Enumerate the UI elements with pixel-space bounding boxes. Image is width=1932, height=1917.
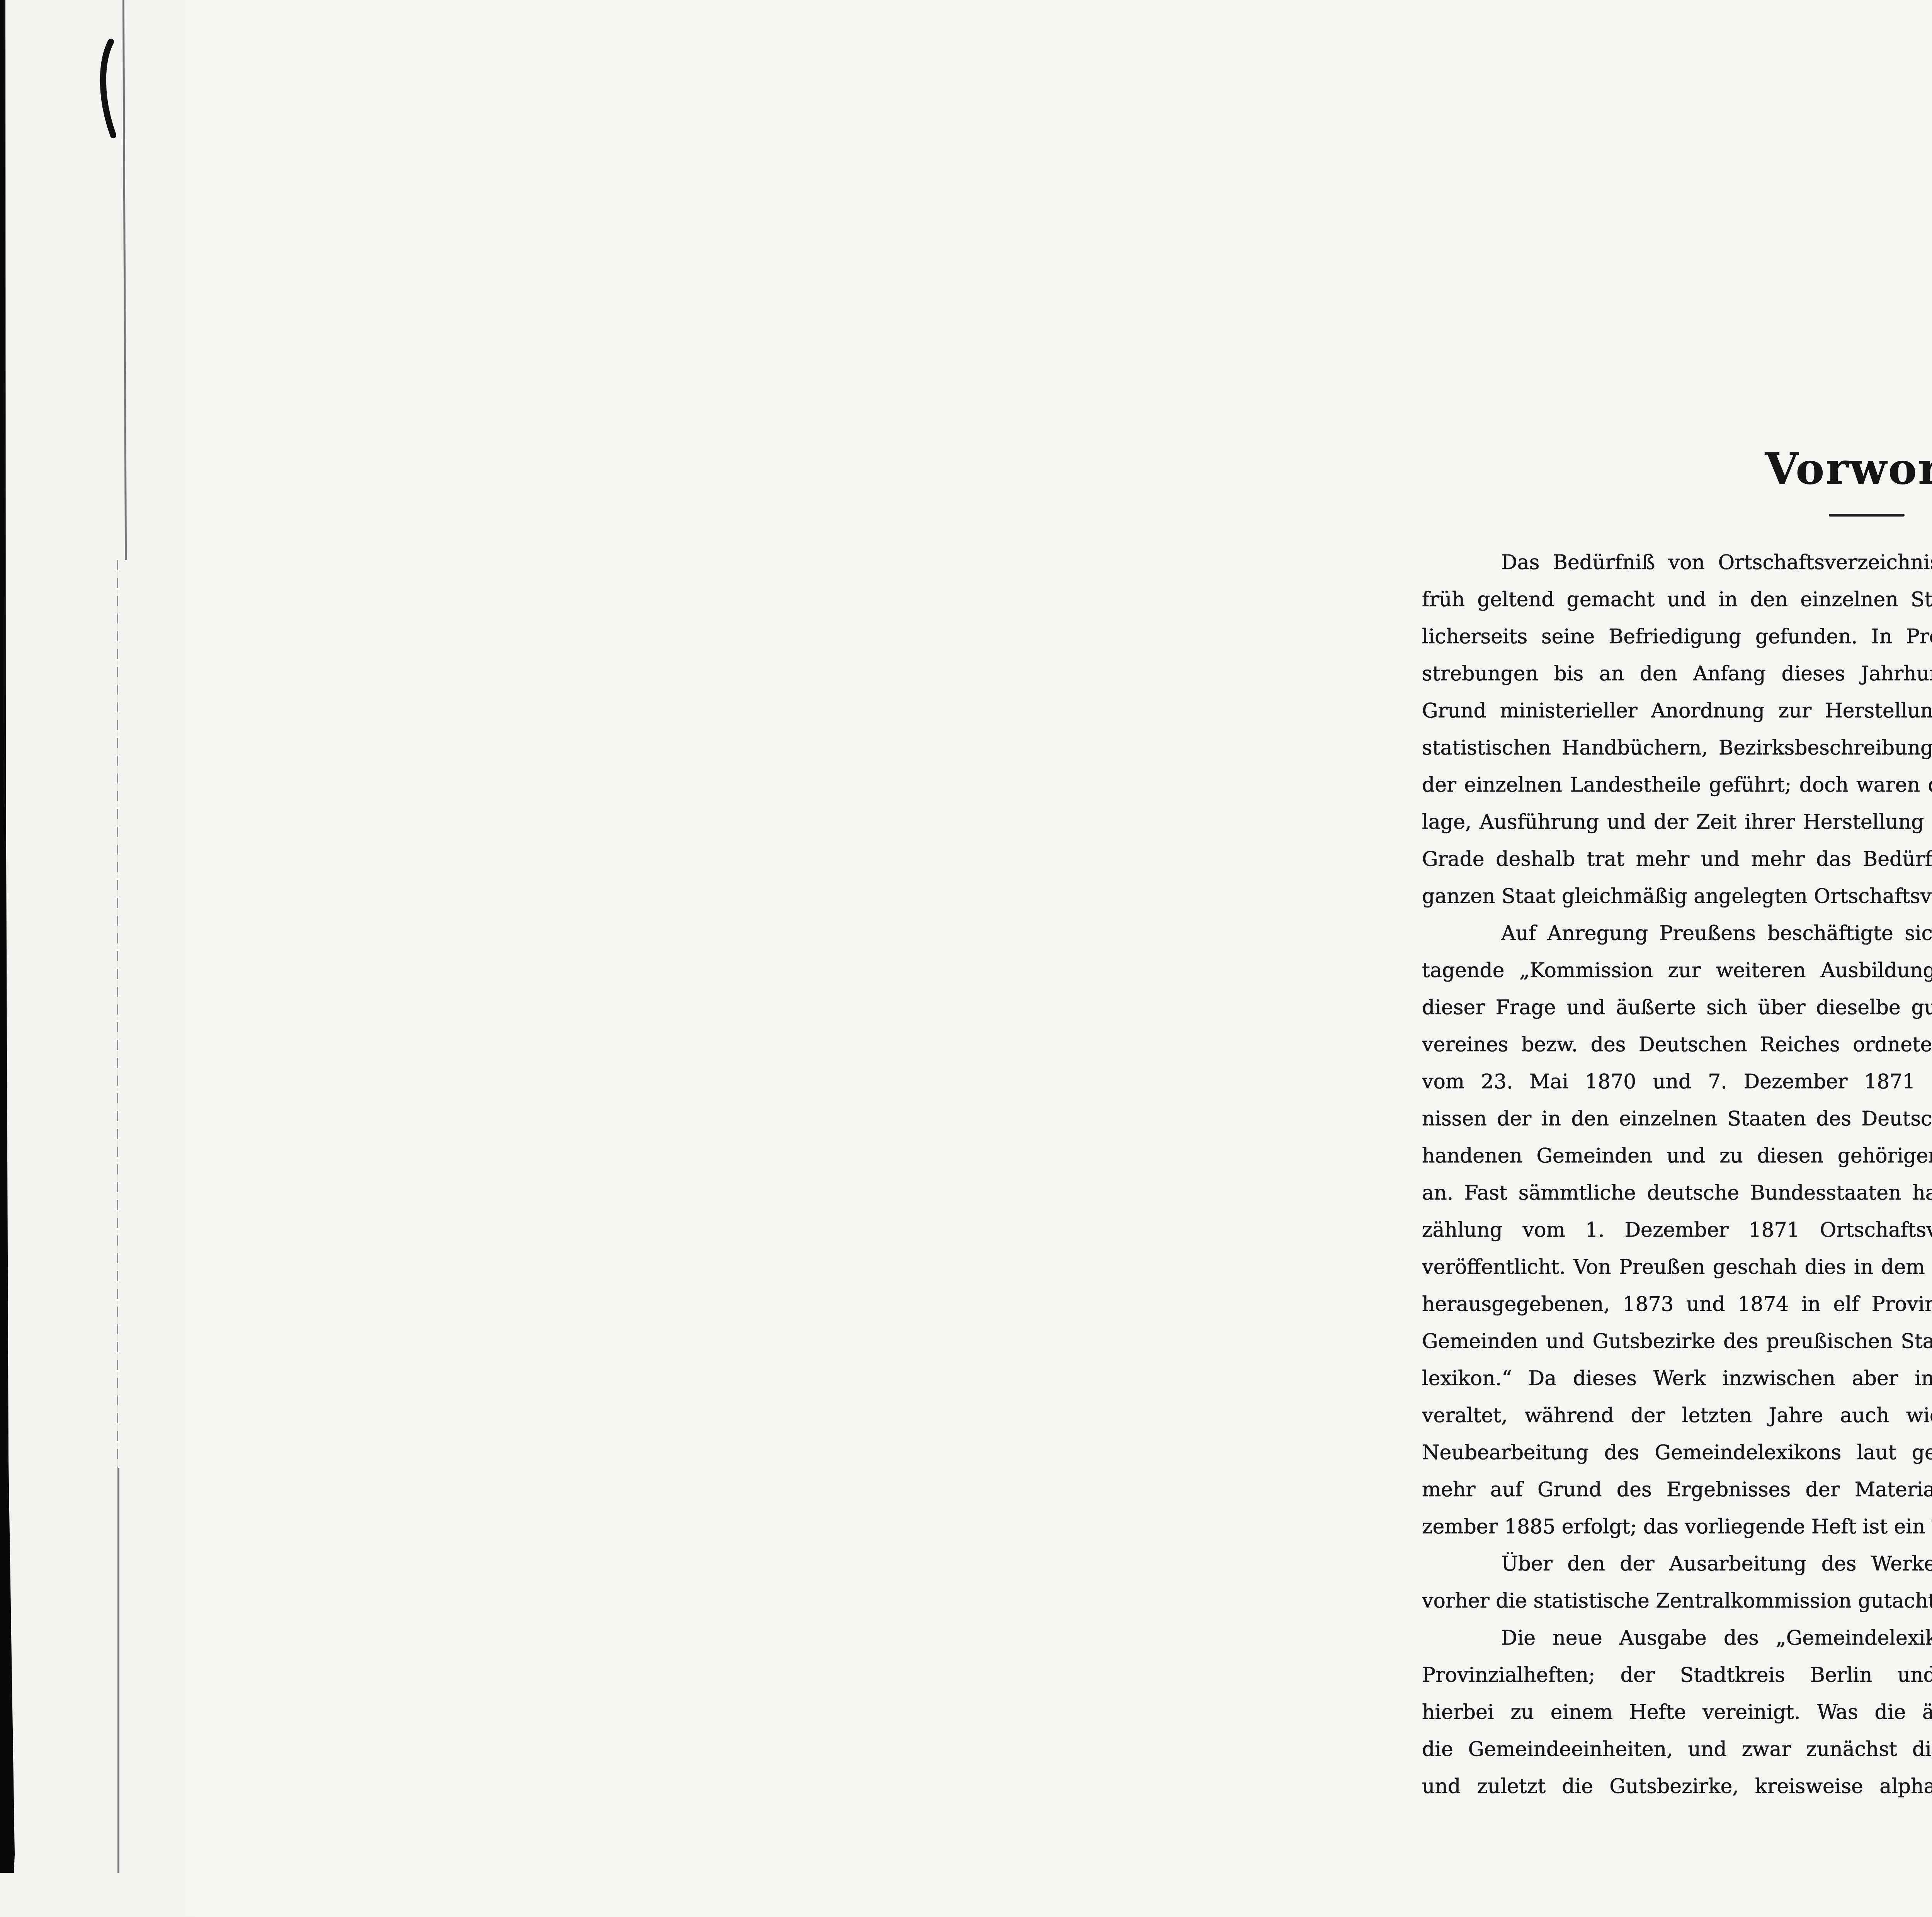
text-line: und zuletzt die Gutsbezirke, kreisweise … bbox=[1422, 1768, 1932, 1805]
text-line: vom 23. Mai 1870 und 7. Dezember 1871 di… bbox=[1422, 1063, 1932, 1100]
text-line: ganzen Staat gleichmäßig angelegten Orts… bbox=[1422, 878, 1932, 915]
page-title: Vorwort. bbox=[1422, 444, 1932, 494]
text-line: früh geltend gemacht und in den einzelne… bbox=[1422, 581, 1932, 618]
text-line: Neubearbeitung des Gemeindelexikons laut… bbox=[1422, 1434, 1932, 1471]
title-divider-rule bbox=[1829, 514, 1905, 517]
paragraph: Über den der Ausarbeitung des Werkes zu … bbox=[1422, 1545, 1932, 1620]
paragraph: Das Bedürfniß von Ortschaftsverzeichniss… bbox=[1422, 544, 1932, 915]
text-line: hierbei zu einem Hefte vereinigt. Was di… bbox=[1422, 1694, 1932, 1731]
text-line: herausgegebenen, 1873 und 1874 in elf Pr… bbox=[1422, 1286, 1932, 1323]
text-line: strebungen bis an den Anfang dieses Jahr… bbox=[1422, 655, 1932, 692]
text-line: Grund ministerieller Anordnung zur Herst… bbox=[1422, 692, 1932, 729]
book-edge-black-strip bbox=[0, 0, 15, 1873]
text-line: lage, Ausführung und der Zeit ihrer Hers… bbox=[1422, 804, 1932, 841]
text-line: mehr auf Grund des Ergebnisses der Mater… bbox=[1422, 1471, 1932, 1508]
text-line: veröffentlicht. Von Preußen geschah dies… bbox=[1422, 1249, 1932, 1286]
text-line: statistischen Handbüchern, Bezirksbeschr… bbox=[1422, 729, 1932, 766]
scanned-page: Vorwort. Das Bedürfniß von Ortschaftsver… bbox=[0, 0, 1932, 1917]
paragraph: Die neue Ausgabe des „Gemeindelexikons“ … bbox=[1422, 1620, 1932, 1805]
text-line: Provinzialheften; der Stadtkreis Berlin … bbox=[1422, 1657, 1932, 1694]
text-line: Über den der Ausarbeitung des Werkes zu … bbox=[1422, 1545, 1932, 1582]
text-line: die Gemeindeeinheiten, und zwar zunächst… bbox=[1422, 1731, 1932, 1768]
text-line: an. Fast sämmtliche deutsche Bundesstaat… bbox=[1422, 1174, 1932, 1212]
text-line: nissen der in den einzelnen Staaten des … bbox=[1422, 1100, 1932, 1137]
text-line: Gemeinden und Gutsbezirke des preußische… bbox=[1422, 1323, 1932, 1360]
text-line: lexikon.“ Da dieses Werk inzwischen aber… bbox=[1422, 1360, 1932, 1397]
text-line: zählung vom 1. Dezember 1871 Ortschaftsv… bbox=[1422, 1212, 1932, 1249]
text-line: Auf Anregung Preußens beschäftigte sich … bbox=[1422, 915, 1932, 952]
text-line: Das Bedürfniß von Ortschaftsverzeichniss… bbox=[1422, 544, 1932, 581]
paragraph: Auf Anregung Preußens beschäftigte sich … bbox=[1422, 915, 1932, 1545]
text-line: zember 1885 erfolgt; das vorliegende Hef… bbox=[1422, 1508, 1932, 1545]
gutter-line-bottom bbox=[117, 1468, 119, 1873]
text-line: der einzelnen Landestheile geführt; doch… bbox=[1422, 766, 1932, 804]
text-line: vereines bezw. des Deutschen Reiches ord… bbox=[1422, 1026, 1932, 1063]
curved-scan-mark bbox=[91, 39, 126, 139]
text-line: Die neue Ausgabe des „Gemeindelexikons“ … bbox=[1422, 1620, 1932, 1657]
body-text: Das Bedürfniß von Ortschaftsverzeichniss… bbox=[1422, 544, 1932, 1805]
text-line: handenen Gemeinden und zu diesen gehörig… bbox=[1422, 1137, 1932, 1174]
text-line: licherseits seine Befriedigung gefunden.… bbox=[1422, 618, 1932, 655]
text-line: vorher die statistische Zentralkommissio… bbox=[1422, 1582, 1932, 1620]
text-line: veraltet, während der letzten Jahre auch… bbox=[1422, 1397, 1932, 1434]
text-line: dieser Frage und äußerte sich über diese… bbox=[1422, 989, 1932, 1026]
text-line: tagende „Kommission zur weiteren Ausbild… bbox=[1422, 952, 1932, 989]
text-line: Grade deshalb trat mehr und mehr das Bed… bbox=[1422, 841, 1932, 878]
gutter-line-middle bbox=[117, 560, 118, 1468]
